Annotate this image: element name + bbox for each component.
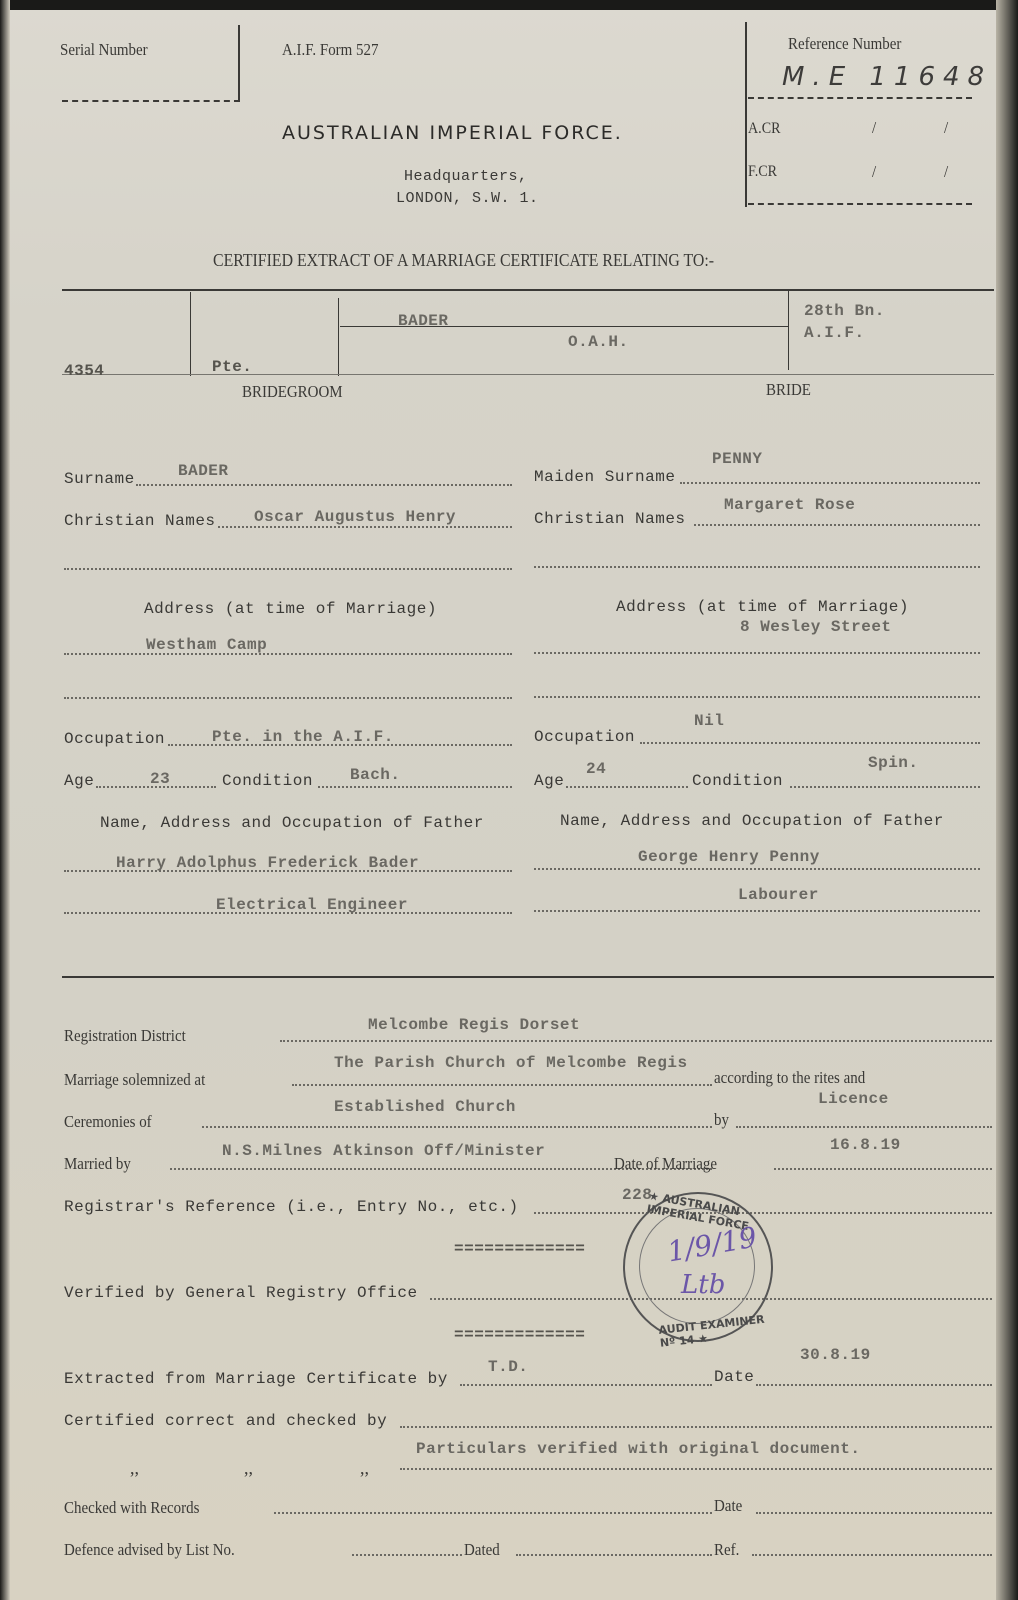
particulars-note: Particulars verified with original docum… <box>416 1440 860 1458</box>
ditto-mark-1: ,, <box>130 1458 139 1479</box>
soldier-initials: O.A.H. <box>568 333 629 351</box>
registration-district-label: Registration District <box>64 1026 186 1046</box>
groom-father-name: Harry Adolphus Frederick Bader <box>116 854 419 872</box>
table-bottom-rule <box>62 374 994 375</box>
bride-address-line-2 <box>534 696 980 698</box>
extracted-date-line <box>756 1384 992 1386</box>
groom-occupation-label: Occupation <box>64 730 165 748</box>
groom-father-occupation: Electrical Engineer <box>216 896 408 914</box>
bride-father-line-2 <box>534 910 980 912</box>
bride-condition-value: Spin. <box>868 754 919 772</box>
bride-christian-names-value: Margaret Rose <box>724 496 855 514</box>
groom-age-value: 23 <box>150 770 170 788</box>
fcr-slash-2: / <box>944 162 948 182</box>
checked-records-label: Checked with Records <box>64 1498 199 1518</box>
bride-christian-names-label: Christian Names <box>534 510 686 528</box>
bride-occupation-value: Nil <box>694 712 724 730</box>
checked-records-line <box>274 1512 712 1514</box>
dated-label: Dated <box>464 1540 500 1560</box>
solemnized-at-label: Marriage solemnized at <box>64 1070 205 1090</box>
married-by-value: N.S.Milnes Atkinson Off/Minister <box>222 1142 545 1160</box>
ditto-mark-3: ,, <box>360 1458 369 1479</box>
extracted-date-label: Date <box>714 1368 754 1386</box>
registration-district-value: Melcombe Regis Dorset <box>368 1016 580 1034</box>
bride-occupation-line <box>640 742 980 744</box>
extracted-by-value: T.D. <box>488 1358 528 1376</box>
scan-border-left <box>0 0 10 1600</box>
scan-border-top <box>0 0 1018 10</box>
acr-slash-1: / <box>872 118 876 138</box>
defence-list-line <box>352 1554 462 1556</box>
ceremonies-value: Established Church <box>334 1098 516 1116</box>
extracted-date-value: 30.8.19 <box>800 1346 871 1364</box>
reference-underline <box>748 97 972 99</box>
bride-surname-label: Maiden Surname <box>534 468 675 486</box>
married-by-label: Married by <box>64 1154 131 1174</box>
groom-extra-line <box>64 568 512 570</box>
defence-advised-label: Defence advised by List No. <box>64 1540 235 1560</box>
groom-condition-value: Bach. <box>350 766 401 784</box>
certified-label: Certified correct and checked by <box>64 1412 387 1430</box>
groom-address-label: Address (at time of Marriage) <box>144 600 437 618</box>
serial-number-label: Serial Number <box>60 40 148 60</box>
bride-address-label: Address (at time of Marriage) <box>616 598 909 616</box>
bride-father-label: Name, Address and Occupation of Father <box>560 812 944 830</box>
groom-age-label: Age <box>64 772 94 790</box>
bridegroom-heading: BRIDEGROOM <box>242 382 343 402</box>
ref-line <box>752 1554 992 1556</box>
bride-father-line-1 <box>534 868 980 870</box>
groom-surname-label: Surname <box>64 470 135 488</box>
groom-condition-label: Condition <box>222 772 313 790</box>
by-label: by <box>714 1110 729 1130</box>
certified-line <box>400 1426 992 1428</box>
bride-address-value: 8 Wesley Street <box>740 618 892 636</box>
bride-heading: BRIDE <box>766 380 811 400</box>
ceremonies-line <box>202 1126 712 1128</box>
solemnized-at-line <box>292 1084 712 1086</box>
dated-line <box>516 1554 712 1556</box>
reference-box-bottom-border <box>748 203 972 205</box>
bride-surname-line <box>680 482 980 484</box>
bride-father-occupation: Labourer <box>738 886 819 904</box>
groom-christian-names-value: Oscar Augustus Henry <box>254 508 456 526</box>
bride-condition-label: Condition <box>692 772 783 790</box>
audit-examiner-stamp: ★ AUSTRALIAN IMPERIAL FORCE AUDIT EXAMIN… <box>623 1192 773 1342</box>
soldier-surname: BADER <box>398 312 449 330</box>
stamp-initials: Ltb <box>681 1270 725 1300</box>
acr-label: A.CR <box>748 120 780 138</box>
section-divider <box>62 976 994 978</box>
particulars-line <box>400 1468 992 1470</box>
groom-condition-line <box>318 786 512 788</box>
groom-christian-names-label: Christian Names <box>64 512 216 530</box>
serial-box-right-border <box>238 25 240 102</box>
registrar-reference-label: Registrar's Reference (i.e., Entry No., … <box>64 1198 519 1216</box>
ceremonies-label: Ceremonies of <box>64 1112 152 1132</box>
verified-label: Verified by General Registry Office <box>64 1284 418 1302</box>
by-value: Licence <box>818 1090 889 1108</box>
bride-surname-value: PENNY <box>712 450 763 468</box>
rites-label: according to the rites and <box>714 1068 865 1088</box>
fcr-label: F.CR <box>748 163 777 181</box>
soldier-rank: Pte. <box>212 358 252 376</box>
bride-occupation-label: Occupation <box>534 728 635 746</box>
groom-christian-names-line <box>218 526 512 528</box>
extracted-by-label: Extracted from Marriage Certificate by <box>64 1370 448 1388</box>
extract-title: CERTIFIED EXTRACT OF A MARRIAGE CERTIFIC… <box>213 250 714 271</box>
soldier-unit-line-1: 28th Bn. <box>804 302 885 320</box>
marriage-certificate-extract: Serial Number A.I.F. Form 527 AUSTRALIAN… <box>0 0 1018 1600</box>
registration-district-line <box>280 1040 992 1042</box>
groom-address-line-2 <box>64 697 512 699</box>
ref-label: Ref. <box>714 1540 739 1560</box>
records-date-line <box>756 1512 992 1514</box>
groom-surname-value: BADER <box>178 462 229 480</box>
bride-age-line <box>566 786 688 788</box>
table-divider-1 <box>190 292 191 376</box>
date-of-marriage-value: 16.8.19 <box>830 1136 901 1154</box>
bride-christian-names-line <box>694 524 980 526</box>
soldier-unit-line-2: A.I.F. <box>804 324 865 342</box>
bride-age-value: 24 <box>586 760 606 778</box>
hq-line-1: Headquarters, <box>404 168 528 185</box>
solemnized-at-value: The Parish Church of Melcombe Regis <box>334 1054 688 1072</box>
organization-title: AUSTRALIAN IMPERIAL FORCE. <box>282 122 623 144</box>
groom-address-value: Westham Camp <box>146 636 267 654</box>
extracted-by-line <box>460 1384 712 1386</box>
groom-father-label: Name, Address and Occupation of Father <box>100 814 484 832</box>
groom-address-line-1 <box>64 653 512 655</box>
separator-2: ============= <box>454 1326 585 1344</box>
records-date-label: Date <box>714 1496 742 1516</box>
bride-condition-line <box>790 786 980 788</box>
form-number: A.I.F. Form 527 <box>282 40 378 60</box>
table-divider-2 <box>338 298 339 376</box>
hq-line-2: LONDON, S.W. 1. <box>396 190 539 207</box>
bride-address-line-1 <box>534 652 980 654</box>
reference-number-label: Reference Number <box>788 34 901 54</box>
ditto-mark-2: ,, <box>244 1458 253 1479</box>
acr-slash-2: / <box>944 118 948 138</box>
scan-border-right <box>996 0 1018 1600</box>
date-of-marriage-line <box>774 1168 992 1170</box>
groom-surname-line <box>136 484 512 486</box>
fcr-slash-1: / <box>872 162 876 182</box>
table-top-rule <box>62 289 994 291</box>
bride-father-name: George Henry Penny <box>638 848 820 866</box>
reference-box-left-border <box>745 22 747 207</box>
bride-extra-line <box>534 566 980 568</box>
serial-box-bottom-border <box>62 100 240 102</box>
reference-number-value: M.E 11648 <box>782 62 992 92</box>
date-of-marriage-label: Date of Marriage <box>614 1154 717 1174</box>
table-divider-3 <box>788 290 789 370</box>
separator-1: ============= <box>454 1240 585 1258</box>
soldier-number: 4354 <box>64 362 104 380</box>
bride-age-label: Age <box>534 772 564 790</box>
by-line <box>736 1126 992 1128</box>
groom-occupation-value: Pte. in the A.I.F. <box>212 728 394 746</box>
